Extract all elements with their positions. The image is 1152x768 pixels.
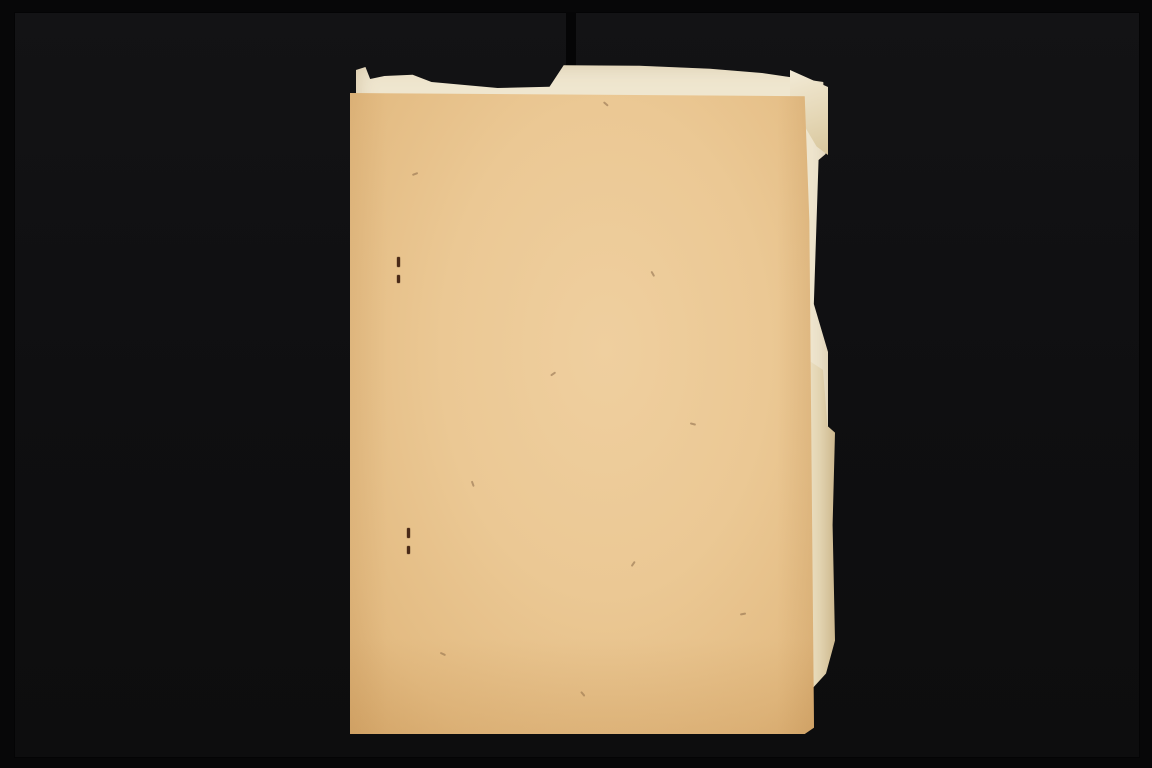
- photo-stage: [0, 0, 1152, 768]
- staple-hole: [397, 275, 400, 283]
- staple-hole: [407, 546, 410, 554]
- paper-fiber: [603, 101, 609, 106]
- staple-hole: [397, 257, 400, 267]
- paper-fiber: [631, 561, 636, 567]
- paper-fiber: [471, 481, 474, 487]
- paper-fiber: [550, 371, 556, 376]
- aged-paper-sheet: [350, 93, 814, 734]
- staple-hole: [407, 528, 410, 538]
- paper-fiber: [740, 612, 746, 615]
- paper-fiber: [651, 271, 655, 277]
- paper-fiber: [440, 652, 446, 656]
- backdrop-seam: [566, 12, 576, 72]
- paper-fiber: [412, 172, 418, 175]
- paper-fiber: [580, 691, 585, 697]
- paper-fiber: [690, 422, 696, 425]
